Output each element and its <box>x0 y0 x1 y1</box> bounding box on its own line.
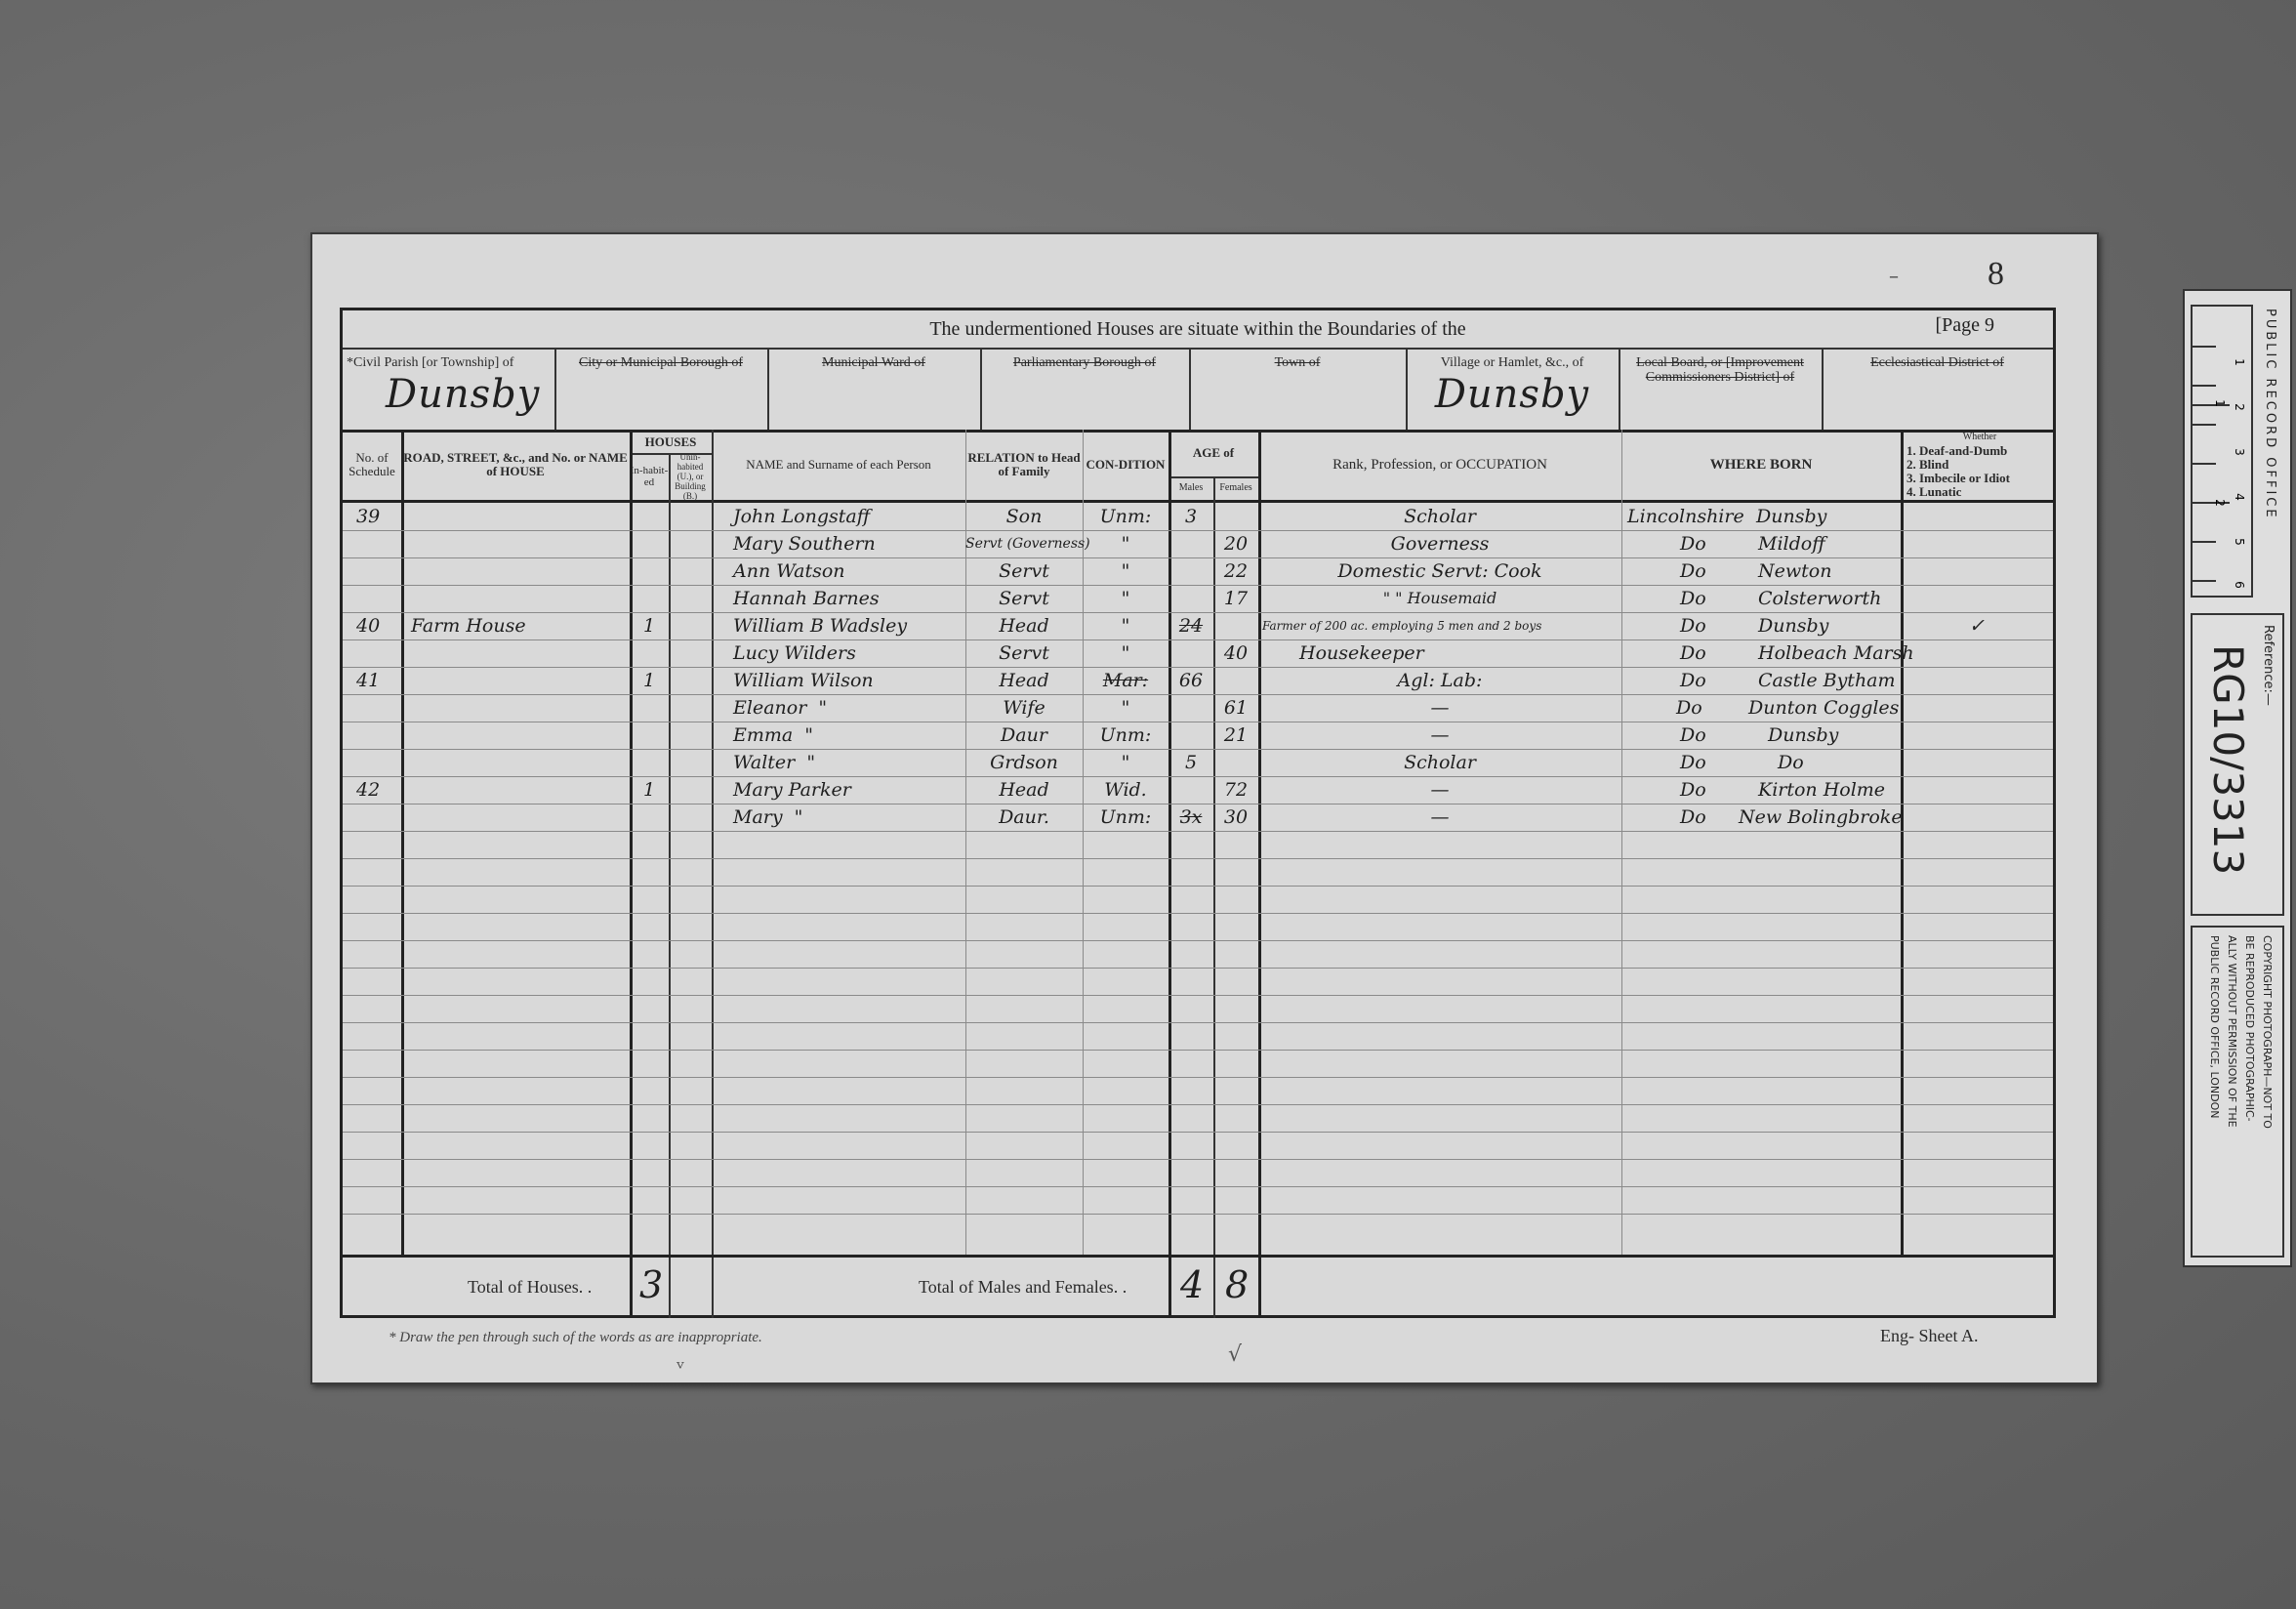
col-schedule: No. of Schedule <box>343 430 401 500</box>
person-name: Walter " <box>733 749 815 776</box>
person-name: Mary " <box>733 804 802 831</box>
relation: Servt <box>965 585 1083 612</box>
ruler-cm-5: 5 <box>2233 538 2246 546</box>
occupation: Farmer of 200 ac. employing 5 men and 2 … <box>1262 612 1541 639</box>
col-females: Females <box>1213 476 1258 500</box>
page-label: [Page 9 <box>1935 314 1994 337</box>
copyright-line-4: PUBLIC RECORD OFFICE, LONDON <box>2208 935 2221 1118</box>
table-row: 40 Farm House 1 William B Wadsley Head "… <box>343 612 2053 639</box>
total-houses-value: 3 <box>639 1263 663 1306</box>
infirmity-4: 4. Lunatic <box>1906 485 1961 499</box>
person-name: Mary Parker <box>733 776 851 804</box>
relation: Head <box>965 612 1083 639</box>
table-row: Ann Watson Servt " 22 Domestic Servt: Co… <box>343 557 2053 585</box>
totals-row: Total of Houses. . 3 Total of Males and … <box>343 1258 2053 1318</box>
relation: Servt (Governess) <box>965 530 1083 557</box>
condition: Mar: <box>1083 667 1168 694</box>
occupation: " " Housemaid <box>1258 585 1621 612</box>
reference-box: Reference:— RG10/3313 <box>2191 613 2284 916</box>
infirmity <box>1901 776 2053 804</box>
condition: " <box>1083 585 1168 612</box>
occupation: — <box>1258 722 1621 749</box>
male-age: 3x <box>1168 804 1213 831</box>
infirmity <box>1901 557 2053 585</box>
ecclesiastical-district-cell: Ecclesiastical District of <box>1822 350 2053 430</box>
house-name: Farm House <box>411 612 526 639</box>
parliamentary-borough-cell: Parliamentary Borough of <box>980 350 1189 430</box>
birth-county: Do <box>1680 722 1706 749</box>
infirmity-title: Whether <box>1963 431 1996 444</box>
occupation: — <box>1258 804 1621 831</box>
municipal-borough-cell: City or Municipal Borough of <box>554 350 767 430</box>
ecclesiastical-district-label: Ecclesiastical District of <box>1822 355 2053 370</box>
table-row: Lucy Wilders Servt " 40 Housekeeper Do H… <box>343 639 2053 667</box>
male-age <box>1168 722 1213 749</box>
relation: Daur. <box>965 804 1083 831</box>
condition: " <box>1083 639 1168 667</box>
male-age: 66 <box>1168 667 1213 694</box>
female-age <box>1213 503 1258 530</box>
female-age: 17 <box>1213 585 1258 612</box>
ruler-cm-3: 3 <box>2233 448 2246 456</box>
relation: Wife <box>965 694 1083 722</box>
birth-county: Do <box>1680 612 1706 639</box>
municipal-ward-label: Municipal Ward of <box>767 355 980 370</box>
ruler-cm-6: 6 <box>2233 581 2246 589</box>
table-row: 41 1 William Wilson Head Mar: 66 Agl: La… <box>343 667 2053 694</box>
inhabited-count <box>630 639 669 667</box>
table-row: Eleanor " Wife " 61 — Do Dunton Coggles <box>343 694 2053 722</box>
birth-county: Do <box>1680 585 1706 612</box>
inhabited-count: 1 <box>630 612 669 639</box>
col-inhabited: In-habit-ed <box>630 453 669 500</box>
birth-county: Do <box>1680 776 1706 804</box>
male-age <box>1168 639 1213 667</box>
birth-place: Dunsby <box>1768 722 1838 749</box>
female-age <box>1213 612 1258 639</box>
infirmity <box>1901 585 2053 612</box>
person-name: John Longstaff <box>733 503 870 530</box>
copyright-line-1: COPYRIGHT PHOTOGRAPH—NOT TO <box>2261 935 2274 1129</box>
relation: Head <box>965 776 1083 804</box>
col-where-born-label: WHERE BORN <box>1710 458 1813 472</box>
civil-parish-value: Dunsby <box>347 372 554 417</box>
condition: " <box>1083 612 1168 639</box>
occupation: Scholar <box>1258 503 1621 530</box>
folio-number: 8 <box>1988 256 2004 293</box>
condition: " <box>1083 530 1168 557</box>
infirmity <box>1901 722 2053 749</box>
birth-place: Dunsby <box>1758 612 1828 639</box>
local-board-cell: Local Board, or [Improvement Commissione… <box>1619 350 1822 430</box>
col-condition: CON-DITION <box>1083 430 1168 500</box>
col-houses-label: HOUSES <box>645 435 697 449</box>
ruler-cm-1: 1 <box>2233 358 2246 366</box>
schedule-number: 39 <box>356 503 380 530</box>
col-males: Males <box>1168 476 1213 500</box>
birth-county: Lincolnshire <box>1627 503 1744 530</box>
male-age: 24 <box>1168 612 1213 639</box>
infirmity <box>1901 804 2053 831</box>
inhabited-count <box>630 694 669 722</box>
inhabited-count <box>630 722 669 749</box>
birth-place: Mildoff <box>1758 530 1825 557</box>
male-age <box>1168 776 1213 804</box>
infirmity-2: 2. Blind <box>1906 458 1948 472</box>
total-houses-label: Total of Houses. . <box>468 1277 592 1298</box>
ruler-in-1: 1 <box>2213 399 2227 407</box>
person-name: Lucy Wilders <box>733 639 856 667</box>
civil-parish-cell: *Civil Parish [or Township] of Dunsby <box>343 350 554 430</box>
occupation: — <box>1258 694 1621 722</box>
reference-value: RG10/3313 <box>2204 644 2252 875</box>
relation: Son <box>965 503 1083 530</box>
male-age <box>1168 694 1213 722</box>
col-infirmity: Whether 1. Deaf-and-Dumb 2. Blind 3. Imb… <box>1901 430 2053 500</box>
village-cell: Village or Hamlet, &c., of Dunsby <box>1406 350 1619 430</box>
female-age: 21 <box>1213 722 1258 749</box>
col-uninhabited: Unin-habited (U.), or Building (B.) <box>669 453 712 500</box>
municipal-ward-cell: Municipal Ward of <box>767 350 980 430</box>
female-age: 61 <box>1213 694 1258 722</box>
schedule-number: 41 <box>356 667 380 694</box>
col-occupation: Rank, Profession, or OCCUPATION <box>1258 430 1621 500</box>
person-name: William Wilson <box>733 667 874 694</box>
female-age: 22 <box>1213 557 1258 585</box>
col-relation: RELATION to Head of Family <box>965 430 1083 500</box>
birth-place: Dunton Coggles <box>1748 694 1899 722</box>
condition: Unm: <box>1083 722 1168 749</box>
occupation: Agl: Lab: <box>1258 667 1621 694</box>
occupation: Domestic Servt: Cook <box>1258 557 1621 585</box>
pencil-tick-mark: ᵛ <box>676 1357 684 1382</box>
col-condition-label: CON-DITION <box>1086 458 1166 472</box>
col-road: ROAD, STREET, &c., and No. or NAME of HO… <box>401 430 630 500</box>
infirmity-1: 1. Deaf-and-Dumb <box>1906 444 2007 458</box>
col-age-label: AGE of <box>1193 446 1234 460</box>
local-board-label: Local Board, or [Improvement Commissione… <box>1619 355 1822 385</box>
pencil-mark: – <box>1889 264 1899 287</box>
census-table: The undermentioned Houses are situate wi… <box>340 308 2056 1318</box>
relation: Grdson <box>965 749 1083 776</box>
pro-reference-strip: 1 2 3 4 5 6 1 2 PUBLIC RECORD OFFICE Ref… <box>2183 289 2292 1267</box>
relation: Servt <box>965 639 1083 667</box>
town-label: Town of <box>1189 355 1406 370</box>
female-age: 20 <box>1213 530 1258 557</box>
table-row: Hannah Barnes Servt " 17 " " Housemaid D… <box>343 585 2053 612</box>
municipal-borough-label: City or Municipal Borough of <box>554 355 767 370</box>
town-cell: Town of <box>1189 350 1406 430</box>
infirmity <box>1901 503 2053 530</box>
infirmity <box>1901 667 2053 694</box>
infirmity <box>1901 530 2053 557</box>
inhabited-count <box>630 749 669 776</box>
title-row: The undermentioned Houses are situate wi… <box>343 310 2053 348</box>
civil-parish-label: *Civil Parish [or Township] of <box>347 355 554 370</box>
condition: " <box>1083 694 1168 722</box>
relation: Servt <box>965 557 1083 585</box>
birth-county: Do <box>1676 694 1702 722</box>
birth-place: Do <box>1778 749 1804 776</box>
relation: Head <box>965 667 1083 694</box>
person-name: Mary Southern <box>733 530 876 557</box>
table-row: Mary " Daur. Unm: 3x 30 — Do New Bolingb… <box>343 804 2053 831</box>
reference-label: Reference:— <box>2261 625 2275 706</box>
inhabited-count: 1 <box>630 667 669 694</box>
female-age <box>1213 749 1258 776</box>
infirmity <box>1901 749 2053 776</box>
col-name: NAME and Surname of each Person <box>712 430 965 500</box>
page-title: The undermentioned Houses are situate wi… <box>343 318 2053 341</box>
male-age <box>1168 530 1213 557</box>
schedule-number: 42 <box>356 776 380 804</box>
occupation: Governess <box>1258 530 1621 557</box>
total-persons-label: Total of Males and Females. . <box>919 1277 1127 1298</box>
table-row: Emma " Daur Unm: 21 — Do Dunsby <box>343 722 2053 749</box>
birth-place: Castle Bytham <box>1758 667 1896 694</box>
ruler-cm-2: 2 <box>2233 403 2246 411</box>
infirmity-3: 3. Imbecile or Idiot <box>1906 472 2010 485</box>
female-age: 30 <box>1213 804 1258 831</box>
birth-place: Colsterworth <box>1758 585 1881 612</box>
birth-county: Do <box>1680 530 1706 557</box>
person-name: Ann Watson <box>733 557 845 585</box>
relation: Daur <box>965 722 1083 749</box>
birth-place: Dunsby <box>1756 503 1826 530</box>
female-age: 72 <box>1213 776 1258 804</box>
total-females-value: 8 <box>1225 1263 1249 1306</box>
inhabited-count <box>630 804 669 831</box>
occupation: Scholar <box>1258 749 1621 776</box>
person-name: William B Wadsley <box>733 612 907 639</box>
occupation: — <box>1258 776 1621 804</box>
birth-county: Do <box>1680 557 1706 585</box>
male-age: 5 <box>1168 749 1213 776</box>
male-age <box>1168 585 1213 612</box>
schedule-number: 40 <box>356 612 380 639</box>
ruler-in-2: 2 <box>2213 499 2227 507</box>
inhabited-count: 1 <box>630 776 669 804</box>
col-road-label: ROAD, STREET, &c., and No. or NAME of HO… <box>401 451 630 478</box>
ruler-cm-4: 4 <box>2233 493 2246 501</box>
footnote: * Draw the pen through such of the words… <box>389 1330 762 1346</box>
condition: Unm: <box>1083 804 1168 831</box>
infirmity <box>1901 639 2053 667</box>
condition: Wid. <box>1083 776 1168 804</box>
male-age: 3 <box>1168 503 1213 530</box>
scale-ruler: 1 2 3 4 5 6 1 2 <box>2191 305 2253 598</box>
birth-place: New Bolingbroke <box>1739 804 1903 831</box>
pro-title: PUBLIC RECORD OFFICE <box>2263 309 2277 520</box>
col-houses: HOUSES <box>630 432 712 453</box>
inhabited-count <box>630 503 669 530</box>
col-where-born: WHERE BORN <box>1621 430 1901 500</box>
female-age: 40 <box>1213 639 1258 667</box>
parliamentary-borough-label: Parliamentary Borough of <box>980 355 1189 370</box>
sheet-label: Eng- Sheet A. <box>1880 1326 1979 1346</box>
birth-place: Newton <box>1758 557 1831 585</box>
birth-county: Do <box>1680 749 1706 776</box>
village-value: Dunsby <box>1406 372 1619 417</box>
inhabited-count <box>630 557 669 585</box>
pencil-tick-mark: √ <box>1228 1342 1242 1367</box>
inhabited-count <box>630 585 669 612</box>
person-name: Emma " <box>733 722 813 749</box>
condition: " <box>1083 557 1168 585</box>
copyright-box: COPYRIGHT PHOTOGRAPH—NOT TO BE REPRODUCE… <box>2191 926 2284 1258</box>
person-name: Hannah Barnes <box>733 585 880 612</box>
village-label: Village or Hamlet, &c., of <box>1406 355 1619 370</box>
table-row: Walter " Grdson " 5 Scholar Do Do <box>343 749 2053 776</box>
birth-place: Kirton Holme <box>1758 776 1885 804</box>
copyright-line-2: BE REPRODUCED PHOTOGRAPHIC- <box>2243 935 2256 1122</box>
birth-county: Do <box>1680 804 1706 831</box>
table-row: Mary Southern Servt (Governess) " 20 Gov… <box>343 530 2053 557</box>
birth-county: Do <box>1680 639 1706 667</box>
male-age <box>1168 557 1213 585</box>
infirmity <box>1901 694 2053 722</box>
table-row: 39 John Longstaff Son Unm: 3 Scholar Lin… <box>343 503 2053 530</box>
infirmity-check: ✓ <box>1901 612 2053 639</box>
total-males-value: 4 <box>1180 1263 1204 1306</box>
col-age: AGE of <box>1168 430 1258 476</box>
condition: " <box>1083 749 1168 776</box>
person-name: Eleanor " <box>733 694 827 722</box>
col-relation-label: RELATION to Head of Family <box>965 451 1083 478</box>
birth-place: Holbeach Marsh <box>1758 639 1914 667</box>
female-age <box>1213 667 1258 694</box>
condition: Unm: <box>1083 503 1168 530</box>
inhabited-count <box>630 530 669 557</box>
occupation: Housekeeper <box>1299 639 1424 667</box>
copyright-line-3: ALLY WITHOUT PERMISSION OF THE <box>2226 935 2238 1128</box>
birth-county: Do <box>1680 667 1706 694</box>
table-row: 42 1 Mary Parker Head Wid. 72 — Do Kirto… <box>343 776 2053 804</box>
